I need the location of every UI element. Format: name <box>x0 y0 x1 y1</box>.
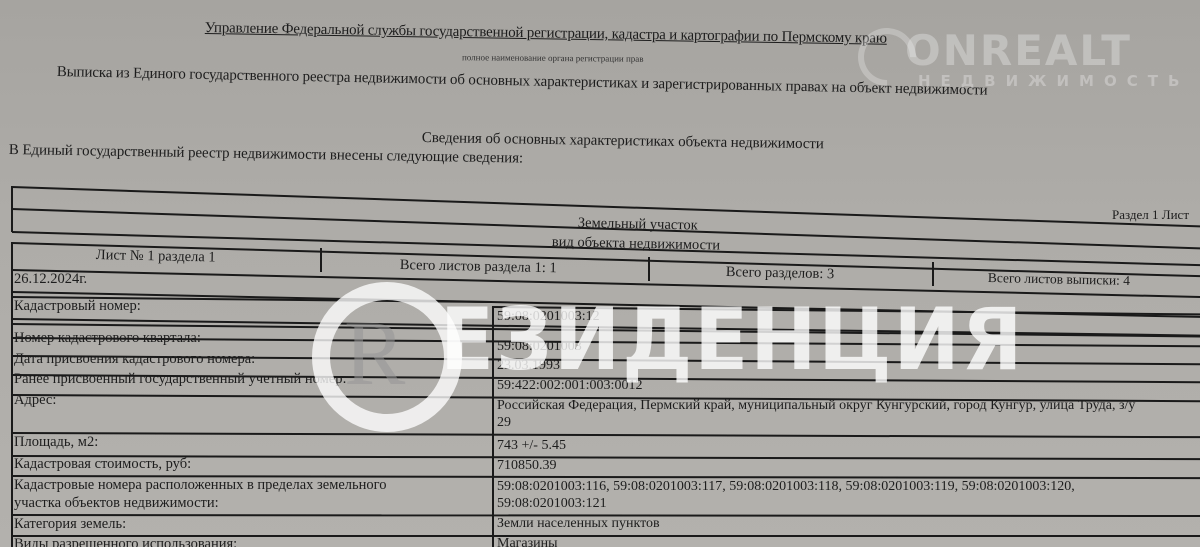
field-label: Категория земель: <box>14 516 126 533</box>
field-value-line2: 29 <box>497 415 511 431</box>
field-label: Адрес: <box>14 392 56 409</box>
field-value: 710850.39 <box>497 458 557 474</box>
object-type-caption: вид объекта недвижимости <box>552 234 721 255</box>
field-label: Кадастровая стоимость, руб: <box>14 456 191 473</box>
total-sheets-extract: Всего листов выписки: 4 <box>988 270 1131 289</box>
field-value: 743 +/- 5.45 <box>497 438 566 454</box>
extract-title: Выписка из Единого государственного реес… <box>57 64 988 100</box>
section-sheet-label: Раздел 1 Лист <box>1112 207 1189 223</box>
authority-name: Управление Федеральной службы государств… <box>205 20 887 48</box>
field-label-line1: Кадастровые номера расположенных в преде… <box>14 477 387 494</box>
field-value-line1: Российская Федерация, Пермский край, мун… <box>497 398 1135 414</box>
residence-watermark: ЕЗИДЕНЦИЯ <box>440 290 1024 390</box>
object-type: Земельный участок <box>578 215 698 235</box>
field-value-line1: 59:08:0201003:116, 59:08:0201003:117, 59… <box>497 479 1075 495</box>
onrealt-watermark: ONREALT <box>905 26 1132 75</box>
authority-caption: полное наименование органа регистрации п… <box>462 52 644 64</box>
field-value: Магазины <box>497 536 558 547</box>
field-label: Кадастровый номер: <box>14 298 141 315</box>
field-value: Земли населенных пунктов <box>497 516 660 532</box>
field-label: Дата присвоения кадастрового номера: <box>14 351 255 368</box>
field-label: Ранее присвоенный государственный учетны… <box>14 371 347 388</box>
field-value-line2: 59:08:0201003:121 <box>497 496 607 512</box>
document-photo: Управление Федеральной службы государств… <box>0 0 1200 547</box>
sheet-number: Лист № 1 раздела 1 <box>96 247 216 267</box>
onrealt-watermark-subtitle: НЕДВИЖИМОСТЬ <box>918 72 1189 90</box>
field-label: Номер кадастрового квартала: <box>14 330 201 347</box>
extract-date: 26.12.2024г. <box>14 271 87 288</box>
total-sections: Всего разделов: 3 <box>726 264 835 283</box>
field-label: Площадь, м2: <box>14 434 98 451</box>
total-sheets-section: Всего листов раздела 1: 1 <box>400 257 557 277</box>
residence-logo-letter: R <box>344 300 405 406</box>
field-label-line2: участка объектов недвижимости: <box>14 495 219 512</box>
field-label: Виды разрешенного использования: <box>14 536 237 547</box>
